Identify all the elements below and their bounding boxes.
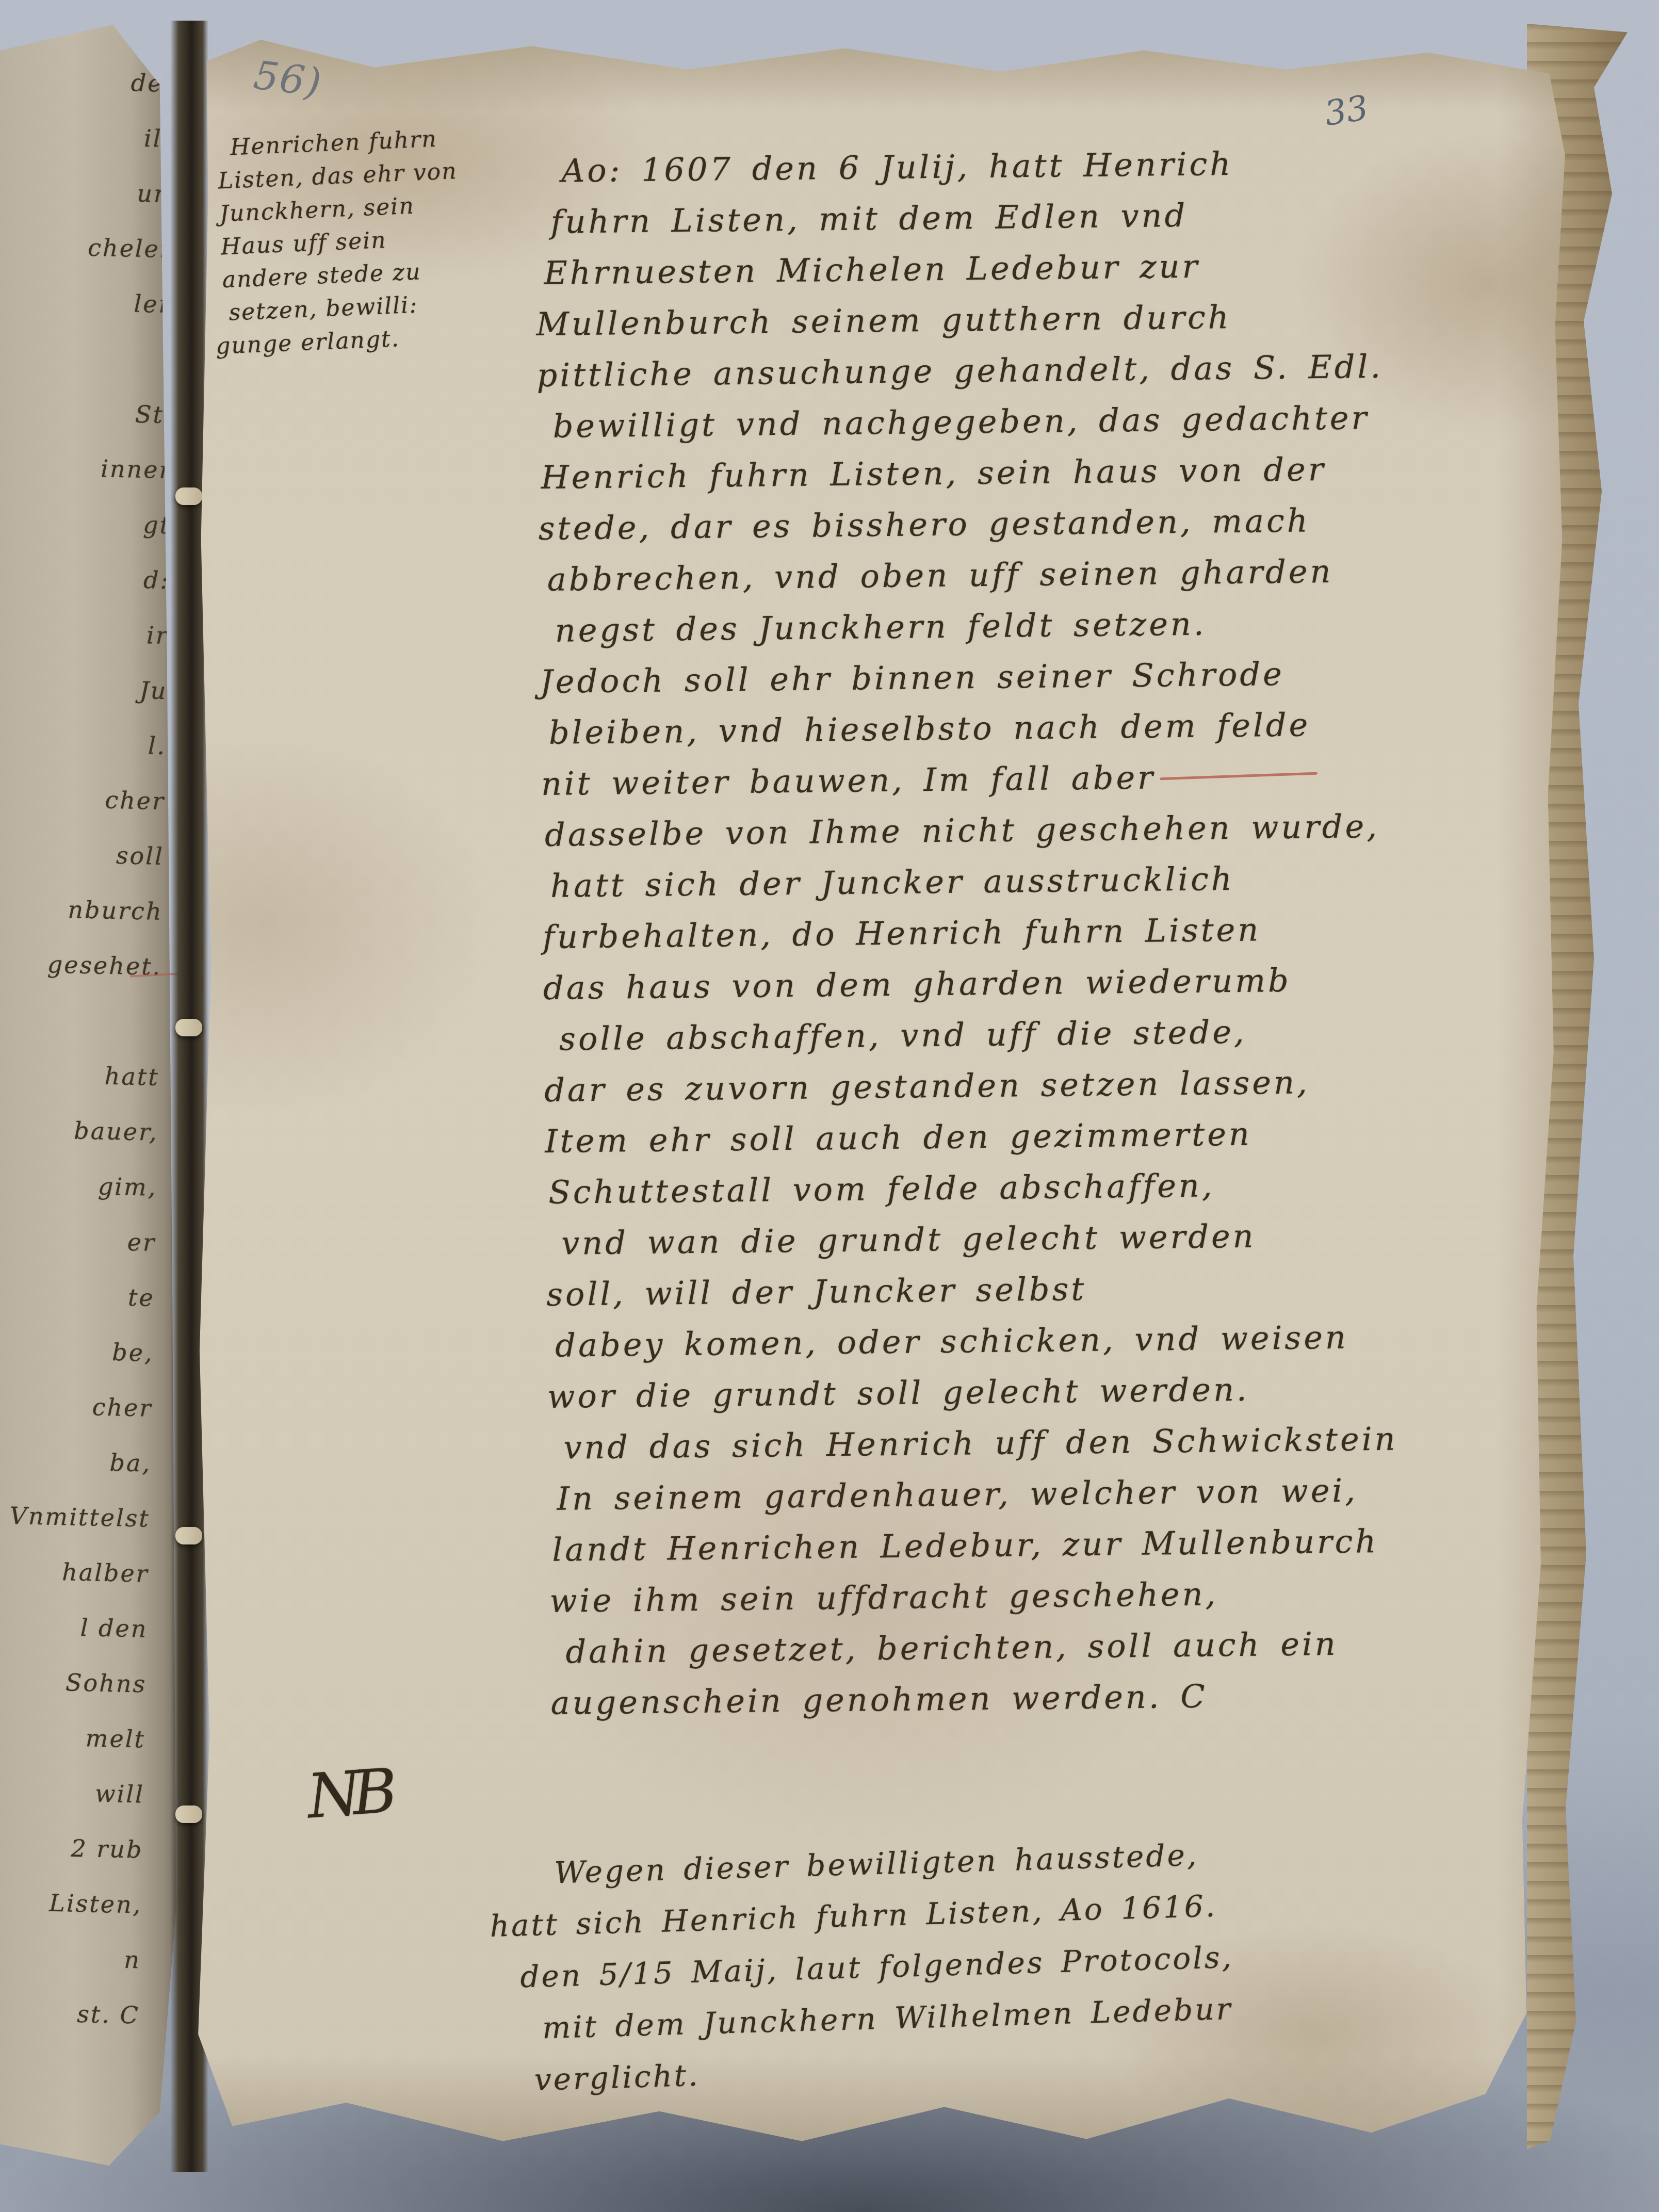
facing-page-line-fragment: chelen: [31, 219, 177, 277]
photo-of-manuscript: { "photo": { "background_color_top": "#b…: [0, 0, 1659, 2212]
facing-page-line-fragment: cher: [7, 1378, 153, 1436]
facing-page-line-fragment: ilb: [34, 108, 180, 167]
facing-page-line-fragment: bauer,: [13, 1102, 159, 1160]
facing-page-line-fragment: cher: [20, 771, 166, 829]
facing-page-line-fragment: ba,: [6, 1433, 152, 1491]
facing-page-line-fragment: gesehet.: [17, 936, 162, 995]
body-text-line: vnd das sich Henrich uff den Schwickstei…: [548, 1412, 1528, 1473]
body-text: Ao: 1607 den 6 Julij, hatt Henrichfuhrn …: [534, 135, 1531, 1729]
facing-page-line-fragment: St.: [28, 384, 174, 443]
body-text-line: augenschein genohmen werden. C: [550, 1667, 1531, 1729]
folio-number: 33: [1322, 88, 1371, 134]
facing-page-line-fragment: n: [0, 1930, 141, 1988]
facing-page-line-fragment: um: [33, 164, 178, 222]
body-text-line: dasselbe von Ihme nicht geschehen wurde,: [541, 799, 1522, 860]
facing-page-line-fragment: l.: [21, 715, 167, 774]
facing-page-text-fragments: denilbumchelenlen St.innergtd:irJul.cher…: [0, 53, 181, 2043]
bottom-note: Wegen dieser bewilligten hausstede,hatt …: [487, 1820, 1526, 2107]
facing-page-line-fragment: d:: [25, 550, 170, 608]
facing-page-line-fragment: nburch: [18, 881, 164, 939]
margin-note: Henrichen fuhrnListen, das ehr vonJunckh…: [216, 118, 556, 363]
facing-page-line-fragment: melt: [1, 1709, 146, 1767]
binding-stitch: [175, 1019, 202, 1036]
facing-page-line-fragment: ir: [24, 605, 169, 663]
binding-gutter: [170, 21, 208, 2172]
facing-page-line-fragment: er: [11, 1212, 156, 1271]
nota-bene-mark: NB: [305, 1755, 391, 1832]
pencil-page-number: 56): [251, 52, 324, 105]
facing-page-line-fragment: be,: [9, 1323, 154, 1381]
facing-page-line-fragment: gim,: [12, 1157, 157, 1215]
facing-page-line-fragment: Ju: [22, 660, 168, 719]
binding-stitch: [175, 1527, 202, 1544]
facing-page-line-fragment: [29, 329, 175, 387]
facing-page: denilbumchelenlen St.innergtd:irJul.cher…: [0, 25, 182, 2166]
facing-page-line-fragment: Vnmittelst: [5, 1488, 151, 1547]
facing-page-line-fragment: te: [10, 1267, 155, 1326]
facing-page-line-fragment: inner: [27, 440, 172, 498]
facing-page-line-fragment: st. C: [0, 1985, 140, 2043]
facing-page-line-fragment: den: [35, 53, 181, 111]
facing-page-line-fragment: l den: [3, 1599, 148, 1657]
binding-stitch: [175, 487, 202, 505]
facing-page-line-fragment: hatt: [14, 1047, 160, 1105]
facing-page-line-fragment: [15, 991, 161, 1050]
facing-page-line-fragment: len: [30, 274, 176, 332]
facing-page-line-fragment: Listen,: [0, 1875, 142, 1933]
facing-page-line-fragment: will: [0, 1764, 145, 1823]
body-text-line: pittliche ansuchunge gehandelt, das S. E…: [536, 339, 1517, 401]
facing-page-line-fragment: halber: [4, 1543, 150, 1602]
binding-stitch: [175, 1806, 202, 1823]
facing-page-line-fragment: Sohns: [2, 1654, 147, 1712]
facing-page-line-fragment: 2 rub: [0, 1819, 144, 1878]
facing-page-line-fragment: soll: [19, 826, 165, 884]
facing-page-line-fragment: gt: [26, 495, 171, 553]
